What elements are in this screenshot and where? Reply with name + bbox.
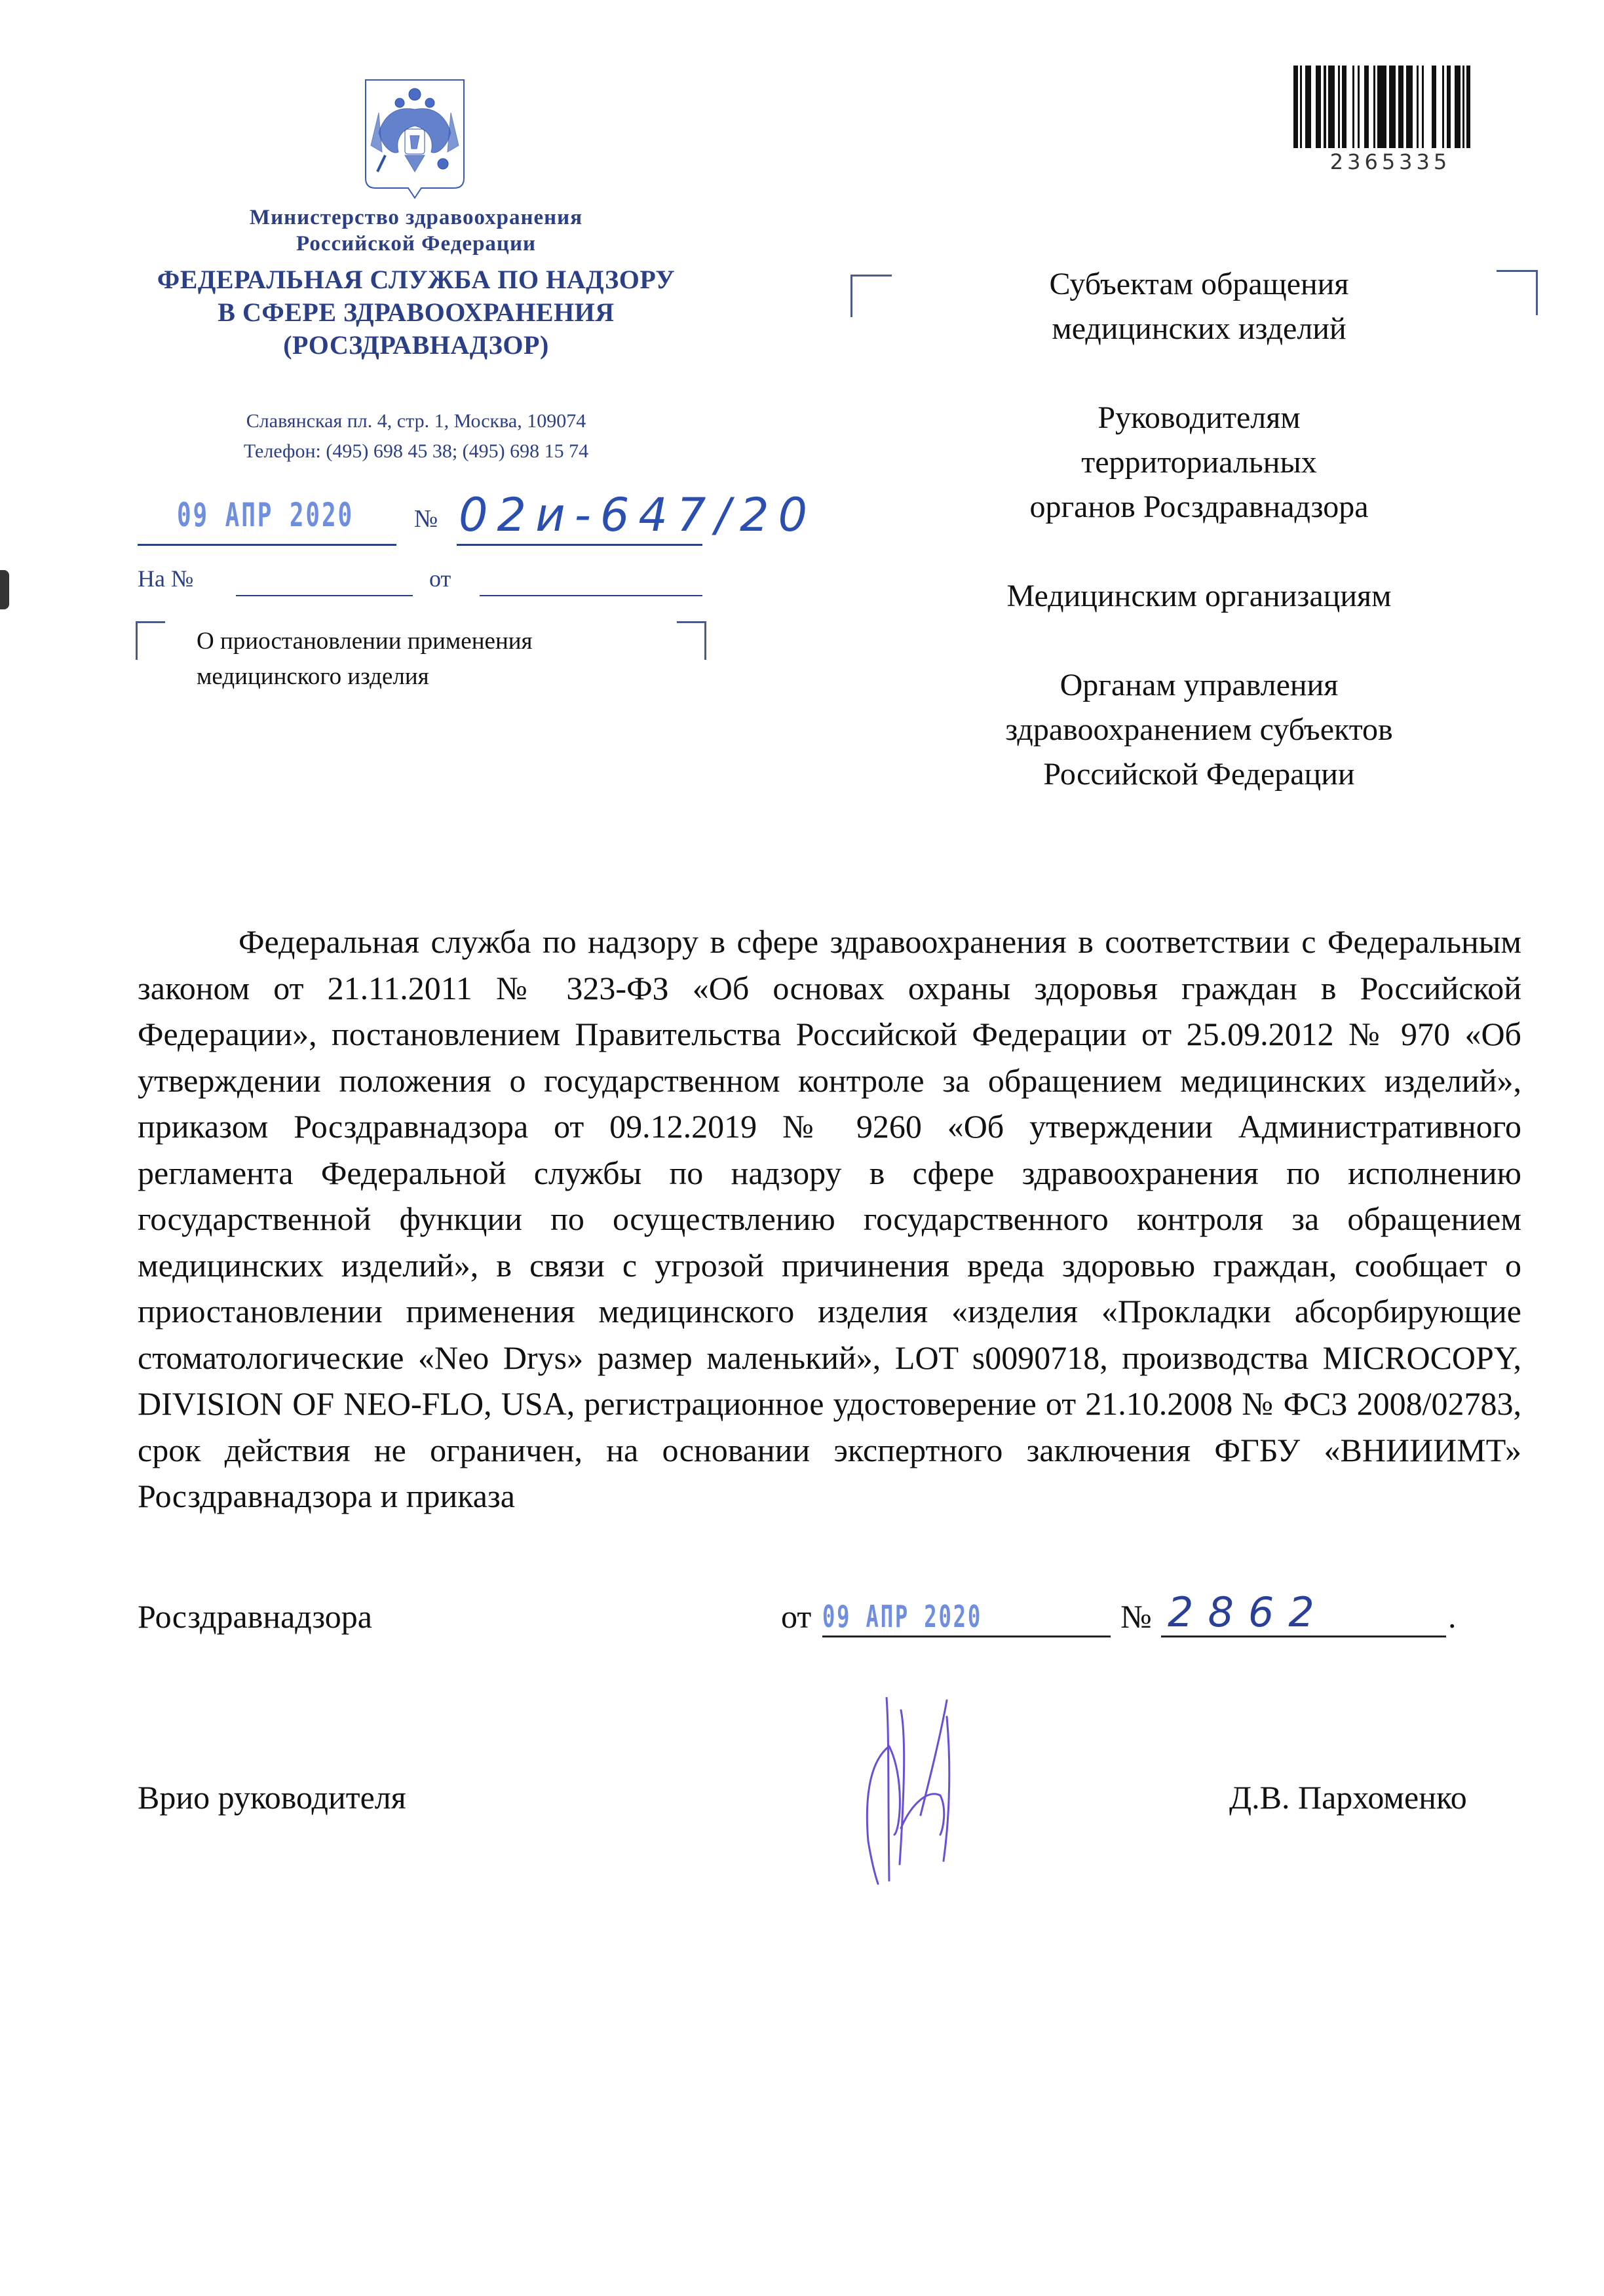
- addressee-line: органов Росздравнадзора: [904, 485, 1494, 529]
- ministry-line-2: Российской Федерации: [131, 231, 701, 257]
- order-date-field-line: [822, 1636, 1111, 1637]
- barcode-icon: [1292, 66, 1489, 148]
- order-number-handwritten: 2862: [1168, 1588, 1329, 1636]
- coat-of-arms-icon: [359, 73, 470, 204]
- signer-name: Д.В. Пархоменко: [1229, 1778, 1467, 1816]
- reply-from-field: [480, 595, 702, 596]
- agency-name: ФЕДЕРАЛЬНАЯ СЛУЖБА ПО НАДЗОРУ В СФЕРЕ ЗД…: [118, 263, 714, 362]
- addressee-line: Органам управления: [904, 663, 1494, 708]
- addressee-line: Медицинским организациям: [904, 574, 1494, 619]
- agency-line-1: ФЕДЕРАЛЬНАЯ СЛУЖБА ПО НАДЗОРУ: [118, 263, 714, 296]
- subject-bracket-left: [136, 621, 165, 660]
- subject-bracket-right: [677, 621, 706, 660]
- addressee-medical-orgs: Медицинским организациям: [904, 574, 1494, 619]
- agency-phone: Телефон: (495) 698 45 38; (495) 698 15 7…: [144, 436, 688, 467]
- addressee-line: Руководителям: [904, 396, 1494, 440]
- number-label: №: [414, 505, 438, 533]
- order-reference-line: Росздравнадзора от 09 АПР 2020 № 2862 .: [138, 1598, 1521, 1643]
- addressee-bracket-left: [850, 275, 892, 317]
- order-date-stamp: 09 АПР 2020: [822, 1599, 982, 1634]
- barcode-number: 2365335: [1304, 149, 1477, 174]
- subject-line-2: медицинского изделия: [197, 659, 533, 695]
- subject-line-1: О приостановлении применения: [197, 624, 533, 659]
- date-field-line: [138, 544, 396, 546]
- handwritten-signature: [849, 1697, 999, 1887]
- order-from-label: от: [781, 1598, 811, 1636]
- reply-from-label: от: [429, 565, 451, 592]
- reply-to-label: На №: [138, 565, 193, 592]
- order-prefix: Росздравнадзора: [138, 1598, 372, 1636]
- addressee-line: медицинских изделий: [904, 307, 1494, 351]
- date-stamp: 09 АПР 2020: [177, 496, 354, 534]
- reply-to-field: [236, 595, 413, 596]
- addressee-line: здравоохранением субъектов: [904, 708, 1494, 752]
- addressee-device-subjects: Субъектам обращения медицинских изделий: [904, 262, 1494, 351]
- order-number-field-line: [1161, 1636, 1446, 1637]
- signer-title: Врио руководителя: [138, 1778, 406, 1816]
- addressee-regional-health-authorities: Органам управления здравоохранением субъ…: [904, 663, 1494, 797]
- addressee-bracket-right: [1497, 270, 1538, 315]
- agency-address: Славянская пл. 4, стр. 1, Москва, 109074: [144, 406, 688, 436]
- ministry-name: Министерство здравоохранения Российской …: [131, 204, 701, 257]
- order-number-label: №: [1120, 1598, 1152, 1636]
- addressee-territorial-heads: Руководителям территориальных органов Ро…: [904, 396, 1494, 529]
- order-end-period: .: [1448, 1598, 1457, 1636]
- addressee-line: Субъектам обращения: [904, 262, 1494, 307]
- subject: О приостановлении применения медицинског…: [197, 624, 533, 695]
- agency-line-2: В СФЕРЕ ЗДРАВООХРАНЕНИЯ: [118, 296, 714, 329]
- addressee-line: Российской Федерации: [904, 752, 1494, 797]
- ministry-line-1: Министерство здравоохранения: [131, 204, 701, 231]
- scan-artifact: [0, 570, 9, 609]
- addressees-block: Субъектам обращения медицинских изделий …: [904, 262, 1494, 841]
- number-field-line: [457, 544, 702, 546]
- agency-contacts: Славянская пл. 4, стр. 1, Москва, 109074…: [144, 406, 688, 467]
- body-paragraph: Федеральная служба по надзору в сфере зд…: [138, 919, 1521, 1520]
- outgoing-number-handwritten: 02и-647/20: [459, 488, 816, 542]
- agency-line-3: (РОСЗДРАВНАДЗОР): [118, 329, 714, 362]
- addressee-line: территориальных: [904, 440, 1494, 485]
